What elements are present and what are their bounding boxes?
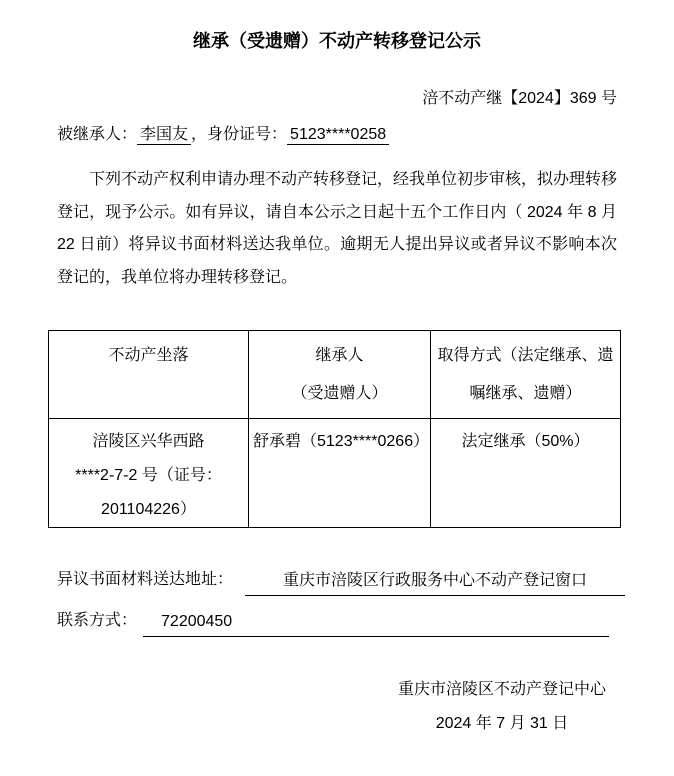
announcement-document: 继承（受遗赠）不动产转移登记公示 涪不动产继【2024】369 号 被继承人：李…	[0, 0, 674, 776]
header-acquisition-method: 取得方式（法定继承、遗 嘱继承、遗赠）	[431, 331, 621, 419]
header-property-location: 不动产坐落	[49, 331, 249, 419]
id-label: ，身份证号：	[191, 126, 287, 143]
deceased-line: 被继承人：李国友，身份证号：5123****0258	[57, 120, 617, 150]
cell-acquisition-method: 法定继承（50%）	[431, 419, 621, 528]
body-paragraph: 下列不动产权利申请办理不动产转移登记，经我单位初步审核，拟办理转移登记，现予公示…	[57, 164, 617, 294]
objection-address-value: 重庆市涪陵区行政服务中心不动产登记窗口	[245, 567, 625, 596]
doc-number: 涪不动产继【2024】369 号	[57, 86, 617, 112]
deceased-name: 李国友	[137, 126, 191, 145]
contact-value: 72200450	[143, 608, 609, 637]
property-table: 不动产坐落 继承人 （受遗赠人） 取得方式（法定继承、遗 嘱继承、遗赠） 涪陵区…	[48, 330, 621, 528]
cell-property-location: 涪陵区兴华西路 ****2-7-2 号（证号： 201104226）	[49, 419, 249, 528]
header-inheritor: 继承人 （受遗赠人）	[249, 331, 431, 419]
cell-inheritor: 舒承碧（5123****0266）	[249, 419, 431, 528]
page-title: 继承（受遗赠）不动产转移登记公示	[57, 28, 617, 54]
table-row: 涪陵区兴华西路 ****2-7-2 号（证号： 201104226） 舒承碧（5…	[49, 419, 621, 528]
deceased-id-number: 5123****0258	[287, 126, 389, 145]
contact-label: 联系方式：	[57, 612, 137, 629]
objection-address-label: 异议书面材料送达地址：	[57, 571, 233, 588]
contact-line: 联系方式：72200450	[57, 605, 617, 637]
deceased-label: 被继承人：	[57, 126, 137, 143]
objection-address-line: 异议书面材料送达地址：重庆市涪陵区行政服务中心不动产登记窗口	[57, 564, 617, 596]
signature-date: 2024 年 7 月 31 日	[382, 707, 622, 741]
signature-org: 重庆市涪陵区不动产登记中心	[382, 673, 622, 707]
table-header-row: 不动产坐落 继承人 （受遗赠人） 取得方式（法定继承、遗 嘱继承、遗赠）	[49, 331, 621, 419]
signature-block: 重庆市涪陵区不动产登记中心 2024 年 7 月 31 日	[382, 673, 622, 741]
